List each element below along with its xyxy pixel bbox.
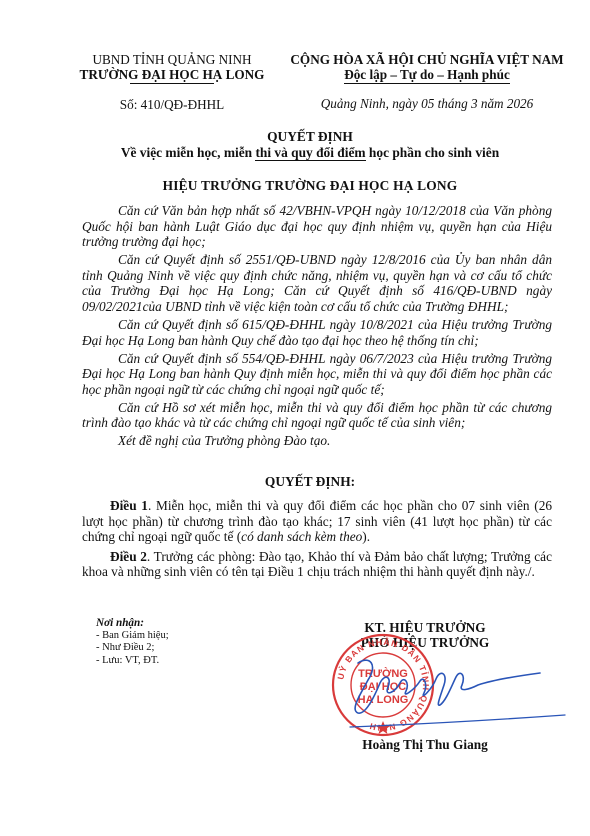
article-label: Điều 1: [110, 498, 148, 513]
handwritten-signature-icon: [340, 655, 570, 735]
parent-authority: UBND TỈNH QUẢNG NINH: [62, 52, 282, 67]
recipient-item: - Ban Giám hiệu;: [96, 630, 169, 643]
article-1: Điều 1. Miễn học, miễn thi và quy đổi đi…: [82, 498, 552, 545]
article-note: có danh sách kèm theo: [241, 529, 362, 544]
recipients-label: Nơi nhận:: [96, 617, 169, 630]
preamble-item: Căn cứ Văn bản hợp nhất số 42/VBHN-VPQH …: [82, 203, 552, 250]
recipient-item: - Như Điều 2;: [96, 642, 169, 655]
preamble: Căn cứ Văn bản hợp nhất số 42/VBHN-VPQH …: [82, 203, 552, 451]
subject-underlined: thi và quy đổi điểm: [255, 145, 365, 161]
national-motto-block: CỘNG HÒA XÃ HỘI CHỦ NGHĨA VIỆT NAM Độc l…: [282, 52, 572, 111]
preamble-item: Căn cứ Quyết định số 615/QĐ-ĐHHL ngày 10…: [82, 317, 552, 348]
issuing-authority-block: UBND TỈNH QUẢNG NINH TRƯỜNG ĐẠI HỌC HẠ L…: [62, 52, 282, 112]
header-underline: [130, 83, 214, 84]
recipient-item: - Lưu: VT, ĐT.: [96, 655, 169, 668]
preamble-item: Căn cứ Quyết định số 554/QĐ-ĐHHL ngày 06…: [82, 351, 552, 398]
signing-authority: HIỆU TRƯỞNG TRƯỜNG ĐẠI HỌC HẠ LONG: [60, 178, 560, 194]
national-motto: Độc lập – Tự do – Hạnh phúc: [344, 67, 510, 84]
article-text: . Trưởng các phòng: Đào tạo, Khảo thí và…: [82, 549, 552, 580]
decision-heading: QUYẾT ĐỊNH:: [60, 474, 560, 490]
preamble-item: Căn cứ Quyết định số 2551/QĐ-UBND ngày 1…: [82, 252, 552, 314]
decision-document: UBND TỈNH QUẢNG NINH TRƯỜNG ĐẠI HỌC HẠ L…: [0, 0, 590, 836]
preamble-item: Xét đề nghị của Trưởng phòng Đào tạo.: [82, 433, 552, 449]
place-date: Quảng Ninh, ngày 05 tháng 3 năm 2026: [282, 96, 572, 111]
preamble-item: Căn cứ Hồ sơ xét miễn học, miễn thi và q…: [82, 400, 552, 431]
article-label: Điều 2: [110, 549, 147, 564]
article-tail: ).: [362, 529, 370, 544]
institution-name: TRƯỜNG ĐẠI HỌC HẠ LONG: [62, 67, 282, 82]
subject-text: Về việc miễn học, miễn: [121, 145, 256, 160]
articles: Điều 1. Miễn học, miễn thi và quy đổi đi…: [82, 498, 552, 584]
document-subject: Về việc miễn học, miễn thi và quy đổi đi…: [60, 145, 560, 160]
article-2: Điều 2. Trưởng các phòng: Đào tạo, Khảo …: [82, 549, 552, 580]
signer-name: Hoàng Thị Thu Giang: [310, 737, 540, 753]
document-title: QUYẾT ĐỊNH: [60, 129, 560, 144]
subject-text-end: học phần cho sinh viên: [366, 145, 500, 160]
recipients: Nơi nhận: - Ban Giám hiệu; - Như Điều 2;…: [96, 617, 169, 667]
national-title: CỘNG HÒA XÃ HỘI CHỦ NGHĨA VIỆT NAM: [282, 52, 572, 67]
document-number: Số: 410/QĐ-ĐHHL: [62, 97, 282, 112]
